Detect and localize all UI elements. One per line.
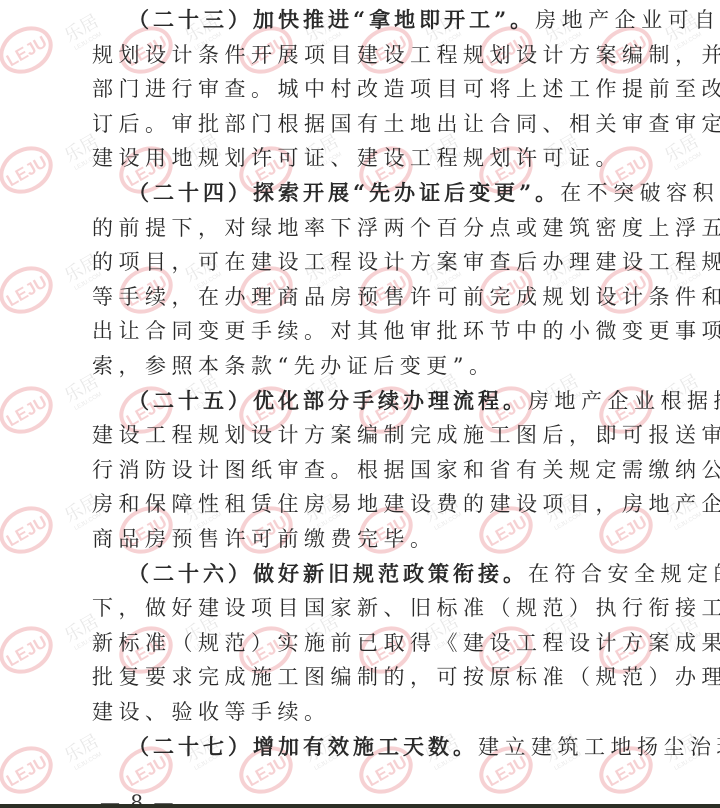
paragraph-25-line-2: 建设工程规划设计方案编制完成施工图后，即可报送审批部门进 — [92, 421, 632, 449]
paragraph-24-line-4: 等手续，在办理商品房预售许可前完成规划设计条件和国有土地 — [92, 283, 632, 311]
paragraph-27-line-1: （二十七）增加有效施工天数。建立建筑工地扬尘治理分类 — [128, 733, 632, 761]
paragraph-25-text: 房地产企业根据批复的 — [528, 389, 720, 413]
paragraph-24-line-3: 的项目，可在建设工程设计方案审查后办理建设工程规划许可证 — [92, 248, 632, 276]
paragraph-23-line-2: 规划设计条件开展项目建设工程规划设计方案编制，并报送审批 — [92, 41, 632, 69]
paragraph-25-heading: （二十五）优化部分手续办理流程。 — [128, 388, 528, 413]
paragraph-26-line-4: 批复要求完成施工图编制的，可按原标准（规范）办理后续规划、 — [92, 663, 632, 691]
paragraph-24-heading: （二十四）探索开展“先办证后变更”。 — [128, 180, 560, 205]
paragraph-24-line-2: 的前提下，对绿地率下浮两个百分点或建筑密度上浮五个百分点 — [92, 214, 632, 242]
paragraph-26-heading: （二十六）做好新旧规范政策衔接。 — [128, 561, 528, 586]
paragraph-25-line-4: 房和保障性租赁住房易地建设费的建设项目，房地产企业在办理 — [92, 490, 632, 518]
paragraph-23-heading: （二十三）加快推进“拿地即开工”。 — [128, 7, 535, 32]
paragraph-23-line-5: 建设用地规划许可证、建设工程规划许可证。 — [92, 144, 632, 172]
paragraph-23-line-4: 订后。审批部门根据国有土地出让合同、相关审查审定意见，核发 — [92, 110, 632, 138]
paragraph-25-line-1: （二十五）优化部分手续办理流程。房地产企业根据批复的 — [128, 387, 632, 415]
paragraph-23-line-1: （二十三）加快推进“拿地即开工”。房地产企业可自愿根据 — [128, 6, 632, 34]
paragraph-26-line-5: 建设、验收等手续。 — [92, 698, 632, 726]
paragraph-24-line-5: 出让合同变更手续。对其他审批环节中的小微变更事项积极探 — [92, 317, 632, 345]
paragraph-26-text: 在符合安全规定的前提 — [528, 562, 720, 586]
paragraph-25-line-5: 商品房预售许可前缴费完毕。 — [92, 525, 632, 553]
paragraph-24-line-1: （二十四）探索开展“先办证后变更”。在不突破容积率上限 — [128, 179, 632, 207]
paragraph-26-line-1: （二十六）做好新旧规范政策衔接。在符合安全规定的前提 — [128, 560, 632, 588]
paragraph-24-text: 在不突破容积率上限 — [560, 181, 720, 205]
paragraph-27-heading: （二十七）增加有效施工天数。 — [128, 734, 478, 759]
paragraph-23-text: 房地产企业可自愿根据 — [535, 8, 720, 32]
paragraph-27-text: 建立建筑工地扬尘治理分类 — [478, 735, 720, 759]
paragraph-25-line-3: 行消防设计图纸审查。根据国家和省有关规定需缴纳公共租赁住 — [92, 456, 632, 484]
paragraph-23-line-3: 部门进行审查。城中村改造项目可将上述工作提前至改造协议签 — [92, 75, 632, 103]
paragraph-26-line-2: 下，做好建设项目国家新、旧标准（规范）执行衔接工作。在国家 — [92, 594, 632, 622]
bottom-edge-bar — [0, 804, 720, 808]
paragraph-26-line-3: 新标准（规范）实施前已取得《建设工程设计方案成果批复》且按 — [92, 629, 632, 657]
paragraph-24-line-6: 索，参照本条款“先办证后变更”。 — [92, 352, 632, 380]
document-page: （二十三）加快推进“拿地即开工”。房地产企业可自愿根据 规划设计条件开展项目建设… — [0, 0, 720, 808]
